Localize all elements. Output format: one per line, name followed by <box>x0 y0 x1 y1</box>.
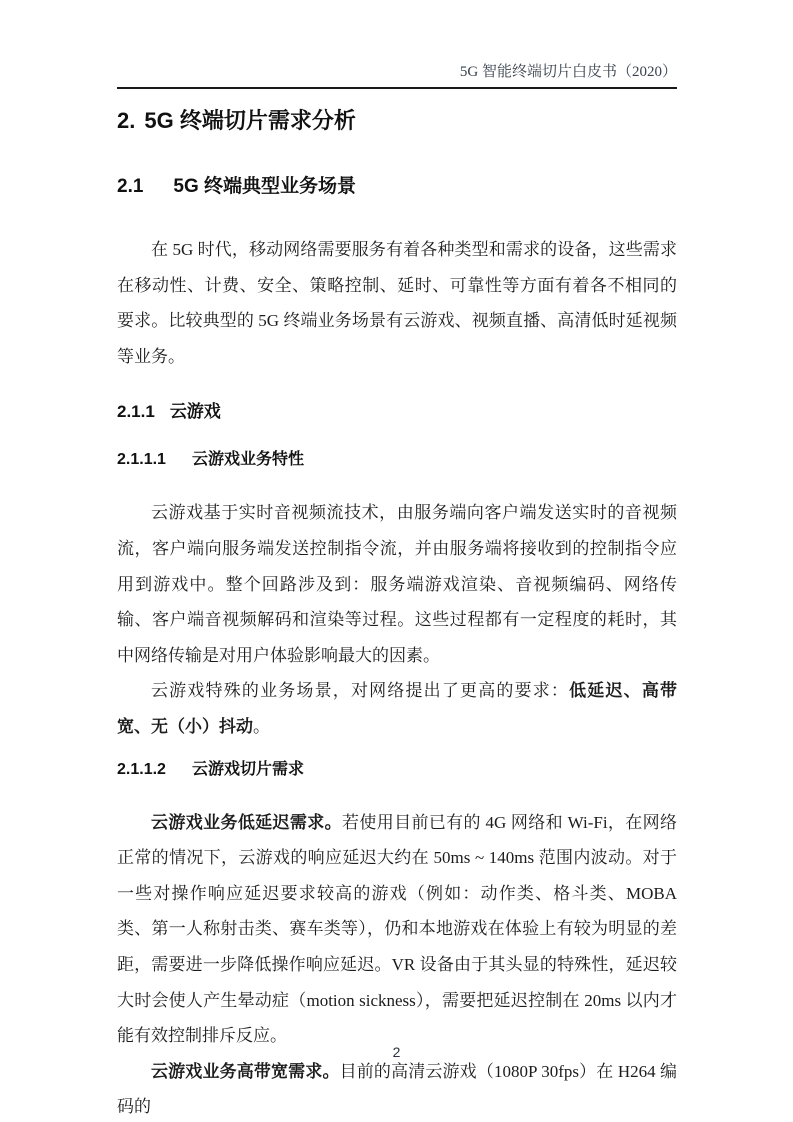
heading-number: 2.1.1.2 <box>117 759 166 781</box>
paragraph-intro: 在 5G 时代，移动网络需要服务有着各种类型和需求的设备，这些需求在移动性、计费… <box>117 232 677 374</box>
page-number: 2 <box>0 1044 793 1060</box>
heading-text: 云游戏切片需求 <box>192 761 304 778</box>
low-latency-lead: 云游戏业务低延迟需求。 <box>151 813 342 832</box>
heading-text: 云游戏业务特性 <box>192 451 304 468</box>
heading-number: 2.1 <box>117 174 143 200</box>
low-latency-body: 若使用目前已有的 4G 网络和 Wi-Fi，在网络正常的情况下，云游戏的响应延迟… <box>117 813 677 1046</box>
paragraph-low-latency: 云游戏业务低延迟需求。若使用目前已有的 4G 网络和 Wi-Fi，在网络正常的情… <box>117 805 677 1054</box>
heading-text: 云游戏 <box>170 402 221 421</box>
paragraph-high-bandwidth: 云游戏业务高带宽需求。目前的高清云游戏（1080P 30fps）在 H264 编… <box>117 1054 677 1122</box>
header-rule <box>117 87 677 89</box>
requirements-tail: 。 <box>253 717 270 736</box>
heading-number: 2. <box>117 106 135 136</box>
high-bandwidth-lead: 云游戏业务高带宽需求。 <box>151 1062 340 1081</box>
section-heading-2-1: 2.15G 终端典型业务场景 <box>117 174 677 200</box>
section-heading-2-1-1-1: 2.1.1.1云游戏业务特性 <box>117 449 677 471</box>
heading-text: 5G 终端切片需求分析 <box>144 108 355 133</box>
section-heading-2-1-1: 2.1.1云游戏 <box>117 400 677 423</box>
section-heading-2: 2.5G 终端切片需求分析 <box>117 106 677 136</box>
requirements-lead: 云游戏特殊的业务场景，对网络提出了更高的要求： <box>151 681 569 700</box>
section-heading-2-1-1-2: 2.1.1.2云游戏切片需求 <box>117 759 677 781</box>
document-page: 5G 智能终端切片白皮书（2020） 2.5G 终端切片需求分析 2.15G 终… <box>0 0 793 1122</box>
paragraph-requirements: 云游戏特殊的业务场景，对网络提出了更高的要求：低延迟、高带宽、无（小）抖动。 <box>117 673 677 744</box>
heading-number: 2.1.1 <box>117 400 155 423</box>
running-header-title: 5G 智能终端切片白皮书（2020） <box>117 0 677 82</box>
heading-text: 5G 终端典型业务场景 <box>173 176 356 197</box>
heading-number: 2.1.1.1 <box>117 449 166 471</box>
paragraph-characteristics: 云游戏基于实时音视频流技术，由服务端向客户端发送实时的音视频流，客户端向服务端发… <box>117 495 677 673</box>
